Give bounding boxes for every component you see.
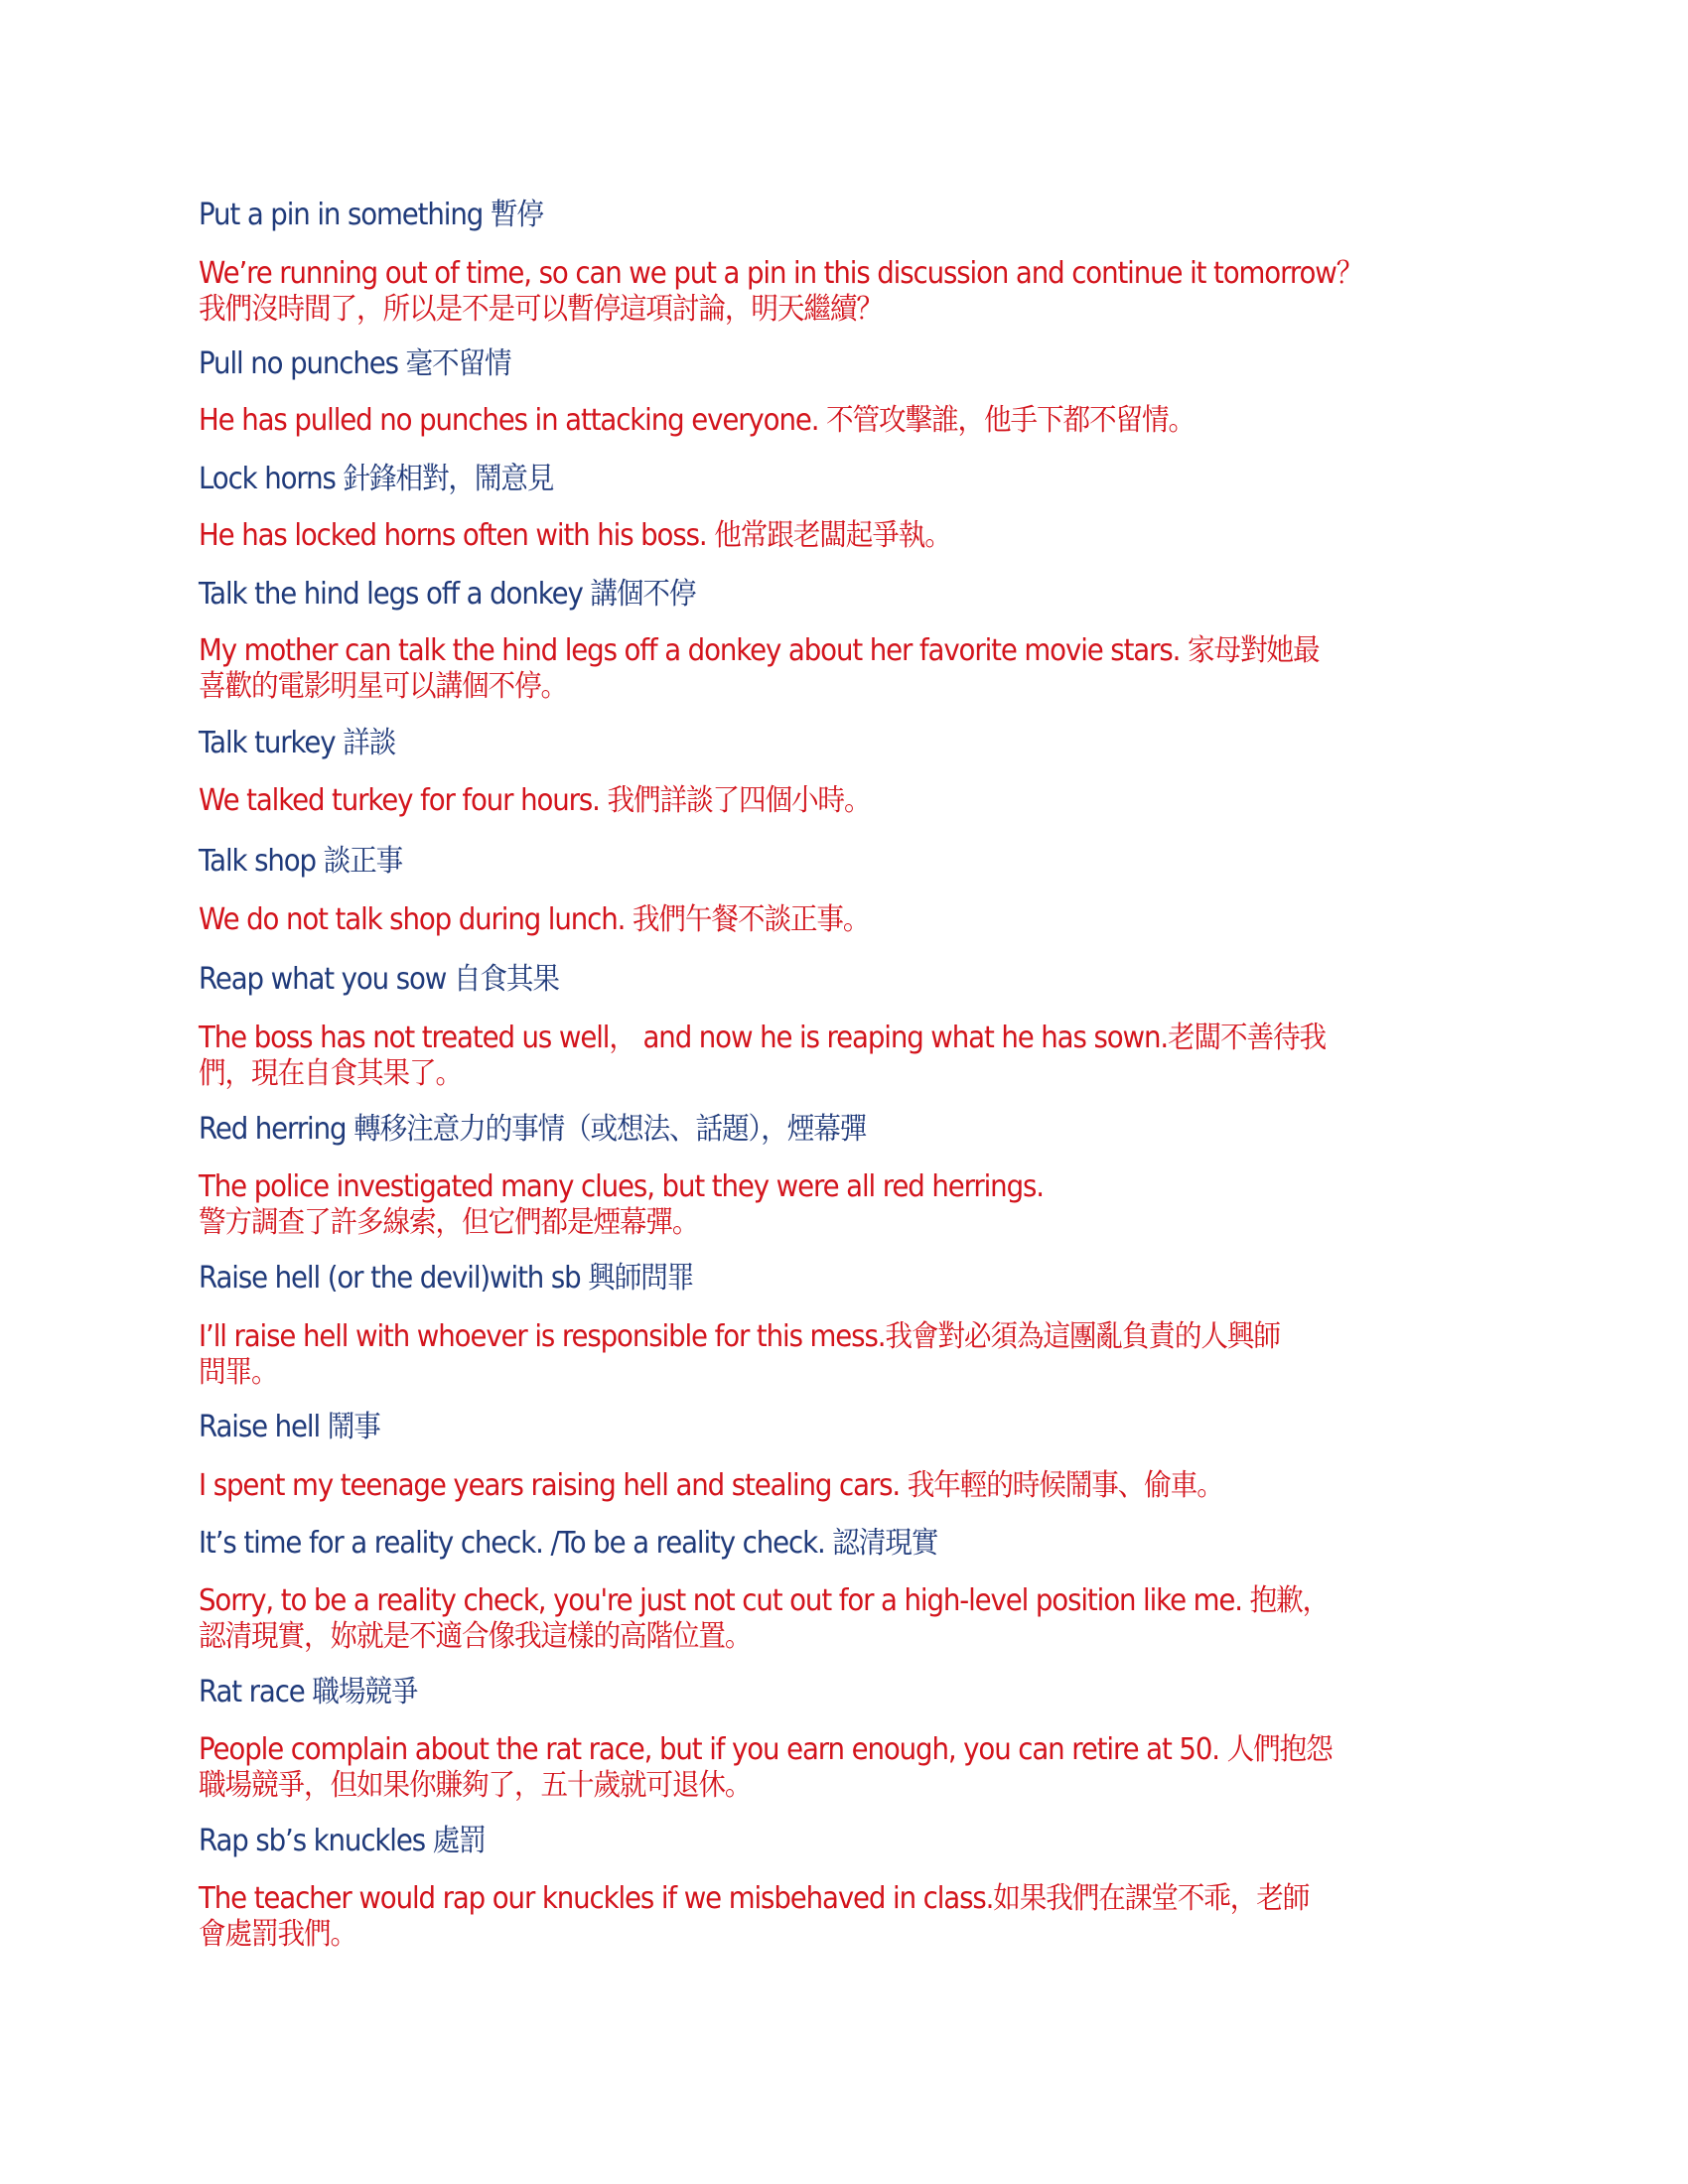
- example-sentence: We do not talk shop during lunch. 我們午餐不談…: [199, 901, 869, 939]
- idiom-term: It’s time for a reality check. /To be a …: [199, 1525, 937, 1563]
- example-sentence: People complain about the rat race, but …: [199, 1731, 1333, 1769]
- idiom-term: Lock horns 針鋒相對，鬧意見: [199, 461, 553, 498]
- example-translation: 問罪。: [199, 1354, 277, 1392]
- example-sentence: We talked turkey for four hours. 我們詳談了四個…: [199, 782, 870, 820]
- example-translation: 會處罰我們。: [199, 1916, 356, 1954]
- example-sentence: We’re running out of time, so can we put…: [199, 255, 1362, 293]
- example-sentence: He has locked horns often with his boss.…: [199, 517, 951, 555]
- example-sentence: The boss has not treated us well， and no…: [199, 1020, 1326, 1057]
- example-sentence: He has pulled no punches in attacking ev…: [199, 402, 1195, 440]
- example-sentence: My mother can talk the hind legs off a d…: [199, 632, 1319, 670]
- idiom-term: Talk the hind legs off a donkey 講個不停: [199, 576, 695, 614]
- example-sentence: The police investigated many clues, but …: [199, 1168, 1044, 1206]
- example-translation: 警方調查了許多線索，但它們都是煙幕彈。: [199, 1204, 698, 1242]
- example-translation: 我們沒時間了，所以是不是可以暫停這項討論，明天繼續？: [199, 291, 883, 329]
- idiom-term: Red herring 轉移注意力的事情（或想法、話題），煙幕彈: [199, 1111, 866, 1149]
- example-sentence: I spent my teenage years raising hell an…: [199, 1467, 1223, 1505]
- idiom-term: Talk turkey 詳談: [199, 725, 395, 762]
- idiom-term: Pull no punches 毫不留情: [199, 345, 511, 383]
- idiom-term: Talk shop 談正事: [199, 843, 402, 881]
- idiom-term: Reap what you sow 自食其果: [199, 961, 559, 999]
- example-sentence: Sorry, to be a reality check, you're jus…: [199, 1582, 1329, 1620]
- idiom-term: Rat race 職場競爭: [199, 1674, 417, 1711]
- example-translation: 喜歡的電影明星可以講個不停。: [199, 668, 567, 706]
- example-translation: 認清現實，妳就是不適合像我這樣的高階位置。: [199, 1618, 751, 1656]
- idiom-term: Raise hell 鬧事: [199, 1409, 380, 1446]
- idiom-term: Put a pin in something 暫停: [199, 197, 543, 234]
- example-sentence: I’ll raise hell with whoever is responsi…: [199, 1318, 1280, 1356]
- idiom-term: Rap sb’s knuckles 處罰: [199, 1823, 486, 1860]
- example-translation: 們，現在自食其果了。: [199, 1055, 462, 1093]
- idiom-term: Raise hell (or the devil)with sb 興師問罪: [199, 1260, 693, 1297]
- example-sentence: The teacher would rap our knuckles if we…: [199, 1880, 1309, 1918]
- example-translation: 職場競爭，但如果你賺夠了，五十歲就可退休。: [199, 1767, 751, 1805]
